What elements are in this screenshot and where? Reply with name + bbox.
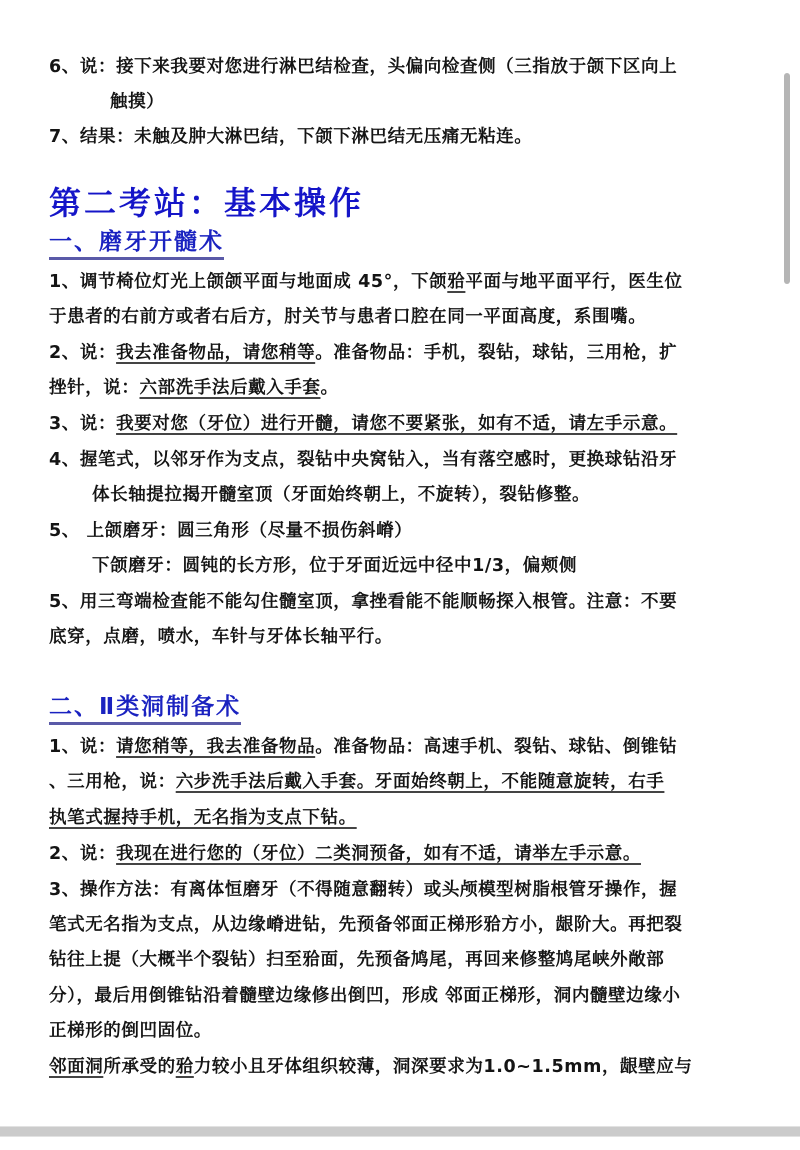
text-segment: 所承受的: [103, 1057, 175, 1077]
text-segment: 。准备物品：高速手机、裂钻、球钻、倒锥钻: [315, 737, 677, 757]
text-segment: 3、说：: [49, 414, 116, 434]
text-segment: 平面与地平面平行，医生位: [465, 272, 682, 292]
text-line-s1-item5b: 5、用三弯端检查能不能勾住髓室顶，拿挫看能不能顺畅探入根管。注意：不要: [49, 590, 677, 614]
underlined-script: 六部洗手法后戴入手套: [140, 378, 321, 398]
text-line-s2-item2: 2、说：我现在进行您的（牙位）二类洞预备，如有不适，请举左手示意。: [49, 842, 641, 866]
text-segment: 2、说：: [49, 343, 116, 363]
section-heading-class2-cavity: 二、Ⅱ类洞制备术: [49, 692, 241, 725]
underlined-occlusal-glyph: 𬌗: [176, 1057, 194, 1077]
text-line-s1-item3: 3、说：我要对您（牙位）进行开髓，请您不要紧张，如有不适，请左手示意。: [49, 412, 677, 436]
text-segment: 1、说：: [49, 737, 116, 757]
underlined-script: 六步洗手法后戴入手套。牙面始终朝上，不能随意旋转，右手: [176, 772, 665, 792]
text-segment: 1、调节椅位灯光上颌颌平面与地面成 45°，下颌: [49, 272, 447, 292]
text-line-s1-item5a-cont: 下颌磨牙：圆钝的长方形，位于牙面近远中径中1/3，偏颊侧: [92, 554, 577, 578]
text-line-item7: 7、结果：未触及肿大淋巴结，下颌下淋巴结无压痛无粘连。: [49, 125, 532, 149]
text-segment: 2、说：: [49, 844, 116, 864]
text-line-s1-item5a: 5、 上颌磨牙：圆三角形（尽量不损伤斜嵴）: [49, 519, 412, 543]
document-page: 6、说：接下来我要对您进行淋巴结检查，头偏向检查侧（三指放于颌下区向上 触摸） …: [0, 0, 800, 1150]
text-line-s1-item4-cont: 体长轴提拉揭开髓室顶（牙面始终朝上，不旋转），裂钻修整。: [92, 483, 590, 507]
text-segment: 。准备物品：手机，裂钻，球钻，三用枪，扩: [315, 343, 677, 363]
page-bottom-divider: [0, 1126, 800, 1137]
text-segment: 。: [321, 378, 339, 398]
text-line-s2-item1: 1、说：请您稍等，我去准备物品。准备物品：高速手机、裂钻、球钻、倒锥钻: [49, 735, 677, 759]
text-line-s2-item3-cont3: 分），最后用倒锥钻沿着髓壁边缘修出倒凹，形成 邻面正梯形，洞内髓壁边缘小: [49, 984, 680, 1008]
text-line-s1-item2-cont: 挫针，说：六部洗手法后戴入手套。: [49, 376, 339, 400]
text-segment: 力较小且牙体组织较薄，洞深要求为1.0~1.5mm，龈壁应与: [194, 1057, 693, 1077]
text-line-s2-item1-cont2: 执笔式握持手机，无名指为支点下钻。: [49, 806, 357, 830]
underlined-script: 我去准备物品，请您稍等: [116, 343, 315, 363]
text-line-s1-item1: 1、调节椅位灯光上颌颌平面与地面成 45°，下颌𬌗平面与地平面平行，医生位: [49, 270, 683, 294]
text-line-s1-item4: 4、握笔式，以邻牙作为支点，裂钻中央窝钻入，当有落空感时，更换球钻沿牙: [49, 448, 677, 472]
text-line-s1-item2: 2、说：我去准备物品，请您稍等。准备物品：手机，裂钻，球钻，三用枪，扩: [49, 341, 677, 365]
text-line-s2-item3-cont2: 钻往上提（大概半个裂钻）扫至𬌗面，先预备鸠尾，再回来修整鸠尾峡外敞部: [49, 948, 664, 972]
text-segment: 挫针，说：: [49, 378, 140, 398]
underlined-script: 执笔式握持手机，无名指为支点下钻。: [49, 808, 357, 828]
text-line-item6: 6、说：接下来我要对您进行淋巴结检查，头偏向检查侧（三指放于颌下区向上: [49, 55, 677, 79]
station-title: 第二考站：基本操作: [49, 183, 364, 223]
text-line-s1-item1-cont: 于患者的右前方或者右后方，肘关节与患者口腔在同一平面高度，系围嘴。: [49, 305, 646, 329]
underlined-term: 邻面洞: [49, 1057, 103, 1077]
text-line-s2-note: 邻面洞所承受的𬌗力较小且牙体组织较薄，洞深要求为1.0~1.5mm，龈壁应与: [49, 1055, 692, 1079]
vertical-scrollbar[interactable]: [784, 73, 790, 284]
section-heading-pulp-opening: 一、磨牙开髓术: [49, 227, 224, 260]
underlined-script: 我现在进行您的（牙位）二类洞预备，如有不适，请举左手示意。: [116, 844, 641, 864]
text-line-s2-item1-cont: 、三用枪，说：六步洗手法后戴入手套。牙面始终朝上，不能随意旋转，右手: [49, 770, 664, 794]
text-line-s2-item3: 3、操作方法：有离体恒磨牙（不得随意翻转）或头颅模型树脂根管牙操作，握: [49, 878, 677, 902]
underlined-occlusal-glyph: 𬌗: [447, 272, 465, 292]
text-line-s1-item5b-cont: 底穿，点磨，喷水，车针与牙体长轴平行。: [49, 625, 393, 649]
text-segment: 、三用枪，说：: [49, 772, 176, 792]
text-line-item6-cont: 触摸）: [110, 90, 164, 114]
text-line-s2-item3-cont4: 正梯形的倒凹固位。: [49, 1019, 212, 1043]
text-line-s2-item3-cont: 笔式无名指为支点，从边缘嵴进钻，先预备邻面正梯形𬌗方小，龈阶大。再把裂: [49, 913, 683, 937]
underlined-script: 请您稍等，我去准备物品: [116, 737, 315, 757]
underlined-script: 我要对您（牙位）进行开髓，请您不要紧张，如有不适，请左手示意。: [116, 414, 677, 434]
